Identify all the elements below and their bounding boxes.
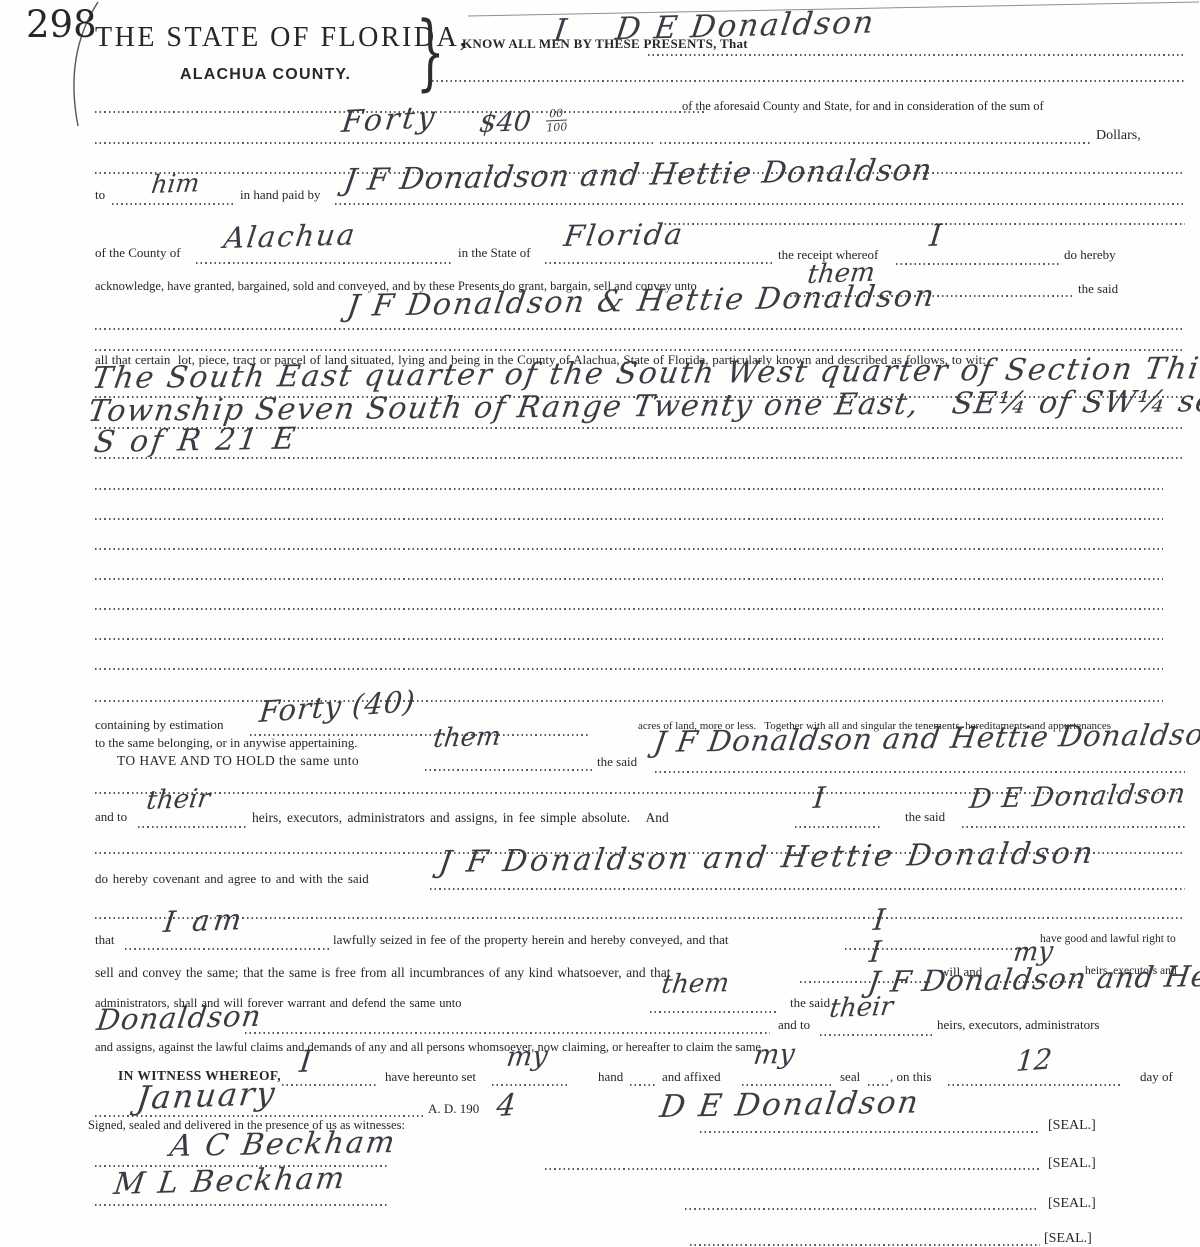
dotted-line — [196, 262, 452, 264]
dotted-line — [95, 700, 1163, 702]
and-to-label: and to — [778, 1018, 810, 1033]
grantor-said-handwriting: D E Donaldson — [968, 780, 1188, 813]
dotted-line — [492, 1084, 570, 1086]
seized-text: lawfully seized in fee of the property h… — [333, 933, 728, 948]
belonging-text: to the same belonging, or in anywise app… — [95, 736, 357, 751]
that-label: that — [95, 933, 115, 948]
heirs-fee-simple-text: heirs, executors, administrators and ass… — [252, 810, 669, 825]
dotted-line — [125, 948, 330, 950]
day-number-handwriting: 12 — [1015, 1045, 1053, 1076]
in-hand-paid-label: in hand paid by — [240, 188, 321, 203]
dotted-line — [95, 457, 1185, 459]
seal-label: [SEAL.] — [1048, 1196, 1096, 1212]
heirs-administrators-label: heirs, executors, administrators — [937, 1018, 1099, 1033]
dotted-line — [95, 349, 1185, 351]
dotted-line — [820, 1034, 932, 1036]
hold-grantees-handwriting: J F Donaldson and Hettie Donaldson — [652, 720, 1200, 757]
defend-grantees-handwriting: J F Donaldson and Hettie — [866, 961, 1200, 997]
dotted-line — [896, 263, 1061, 265]
dotted-line — [95, 668, 1163, 670]
grantor-name-handwriting: I D E Donaldson — [552, 7, 877, 47]
acreage-handwriting: Forty (40) — [258, 687, 417, 727]
covenant-grantees-handwriting: J F Donaldson and Hettie Donaldson — [437, 839, 1097, 878]
state-title: THE STATE OF FLORIDA, — [95, 22, 469, 53]
dotted-line — [660, 223, 1185, 225]
dotted-line — [425, 769, 593, 771]
dotted-line — [948, 1084, 1123, 1086]
aforesaid-text: of the aforesaid County and State, for a… — [682, 99, 1044, 113]
dotted-line — [112, 203, 234, 205]
amount-figure-handwriting: $40 — [478, 108, 532, 137]
dotted-line — [95, 917, 1185, 919]
year-handwriting: 4 — [495, 1091, 517, 1122]
seal-label: [SEAL.] — [1048, 1156, 1096, 1172]
dollars-label: Dollars, — [1096, 128, 1141, 144]
fraction-numerator: 00 — [545, 107, 567, 121]
their-heirs-handwriting: their — [828, 994, 894, 1022]
the-said-label: the said — [905, 810, 945, 825]
amount-words-handwriting: Forty — [340, 103, 439, 138]
dotted-line — [95, 548, 1163, 550]
dotted-line — [648, 54, 1186, 56]
their-handwriting: their — [145, 786, 211, 814]
dotted-line — [545, 262, 773, 264]
sell-convey-text: sell and convey the same; that the same … — [95, 965, 671, 980]
dotted-line — [655, 771, 1185, 773]
dotted-line — [245, 1032, 770, 1034]
to-label: to — [95, 188, 105, 203]
dotted-line — [650, 1011, 778, 1013]
dotted-line — [685, 1208, 1037, 1210]
dotted-line — [95, 638, 1163, 640]
dotted-line — [95, 488, 1163, 490]
grantees-continuation-handwriting: Donaldson — [95, 1002, 263, 1035]
containing-label: containing by estimation — [95, 718, 224, 733]
dotted-line — [95, 1204, 387, 1206]
day-of-label: day of — [1140, 1070, 1173, 1085]
description-line3-handwriting: S of R 21 E — [92, 424, 300, 458]
in-state-label: in the State of — [458, 246, 531, 261]
that-i-handwriting: I — [872, 905, 887, 935]
do-hereby-label: do hereby — [1064, 248, 1116, 263]
lawful-right-text: have good and lawful right to — [1040, 933, 1176, 946]
seal-word-label: seal — [840, 1070, 860, 1085]
anno-domini-label: A. D. 190 — [428, 1102, 479, 1117]
dotted-line — [545, 1168, 1040, 1170]
him-handwriting: him — [150, 170, 201, 197]
dotted-line — [432, 80, 1184, 82]
dotted-line — [95, 142, 655, 144]
dotted-line — [95, 328, 1185, 330]
dotted-line — [700, 1131, 1040, 1133]
receipt-i-handwriting: I — [928, 221, 943, 252]
assigns-claims-text: and assigns, against the lawful claims a… — [95, 1040, 764, 1054]
the-said-label: the said — [790, 996, 830, 1011]
amount-fraction-handwriting: 00 100 — [545, 107, 567, 133]
month-handwriting: January — [135, 1077, 278, 1114]
will-i-handwriting: I — [868, 937, 883, 967]
and-i-handwriting: I — [812, 783, 827, 813]
witness1-signature-handwriting: A C Beckham — [168, 1128, 398, 1162]
i-am-handwriting: I am — [162, 905, 247, 937]
dotted-line — [95, 608, 1163, 610]
the-said-label: the said — [597, 755, 637, 770]
grantees-center-handwriting: J F Donaldson & Hettie Donaldson — [345, 282, 938, 322]
seal-label: [SEAL.] — [1048, 1118, 1096, 1134]
on-this-label: , on this — [890, 1070, 932, 1085]
dotted-line — [95, 518, 1163, 520]
deed-document-page: 298 THE STATE OF FLORIDA, } ALACHUA COUN… — [0, 0, 1200, 1247]
dotted-line — [95, 578, 1163, 580]
defend-them-handwriting: them — [660, 970, 731, 998]
dotted-line — [962, 826, 1185, 828]
dotted-line — [430, 888, 1185, 890]
dotted-line — [660, 142, 1092, 144]
my-seal-handwriting: my — [752, 1040, 796, 1069]
dotted-line — [630, 1084, 656, 1086]
payers-handwriting: J F Donaldson and Hettie Donaldson — [342, 156, 934, 196]
dotted-line — [690, 1244, 1040, 1246]
dotted-line — [282, 1084, 377, 1086]
fraction-denominator: 100 — [546, 120, 568, 133]
description-line2-handwriting: Township Seven South of Range Twenty one… — [86, 386, 1200, 427]
witness2-signature-handwriting: M L Beckham — [112, 1164, 348, 1200]
page-number: 298 — [26, 4, 97, 45]
dotted-line — [138, 826, 246, 828]
hold-them-handwriting: them — [432, 724, 502, 752]
covenant-text: do hereby covenant and agree to and with… — [95, 872, 369, 887]
dotted-line — [335, 203, 1185, 205]
and-affixed-label: and affixed — [662, 1070, 721, 1085]
of-county-label: of the County of — [95, 246, 181, 261]
dotted-line — [795, 826, 880, 828]
my-hand-handwriting: my — [505, 1042, 549, 1071]
hand-label: hand — [598, 1070, 623, 1085]
the-said-label: the said — [1078, 282, 1118, 297]
grantor-signature-handwriting: D E Donaldson — [658, 1087, 922, 1123]
county-title: ALACHUA COUNTY. — [180, 66, 351, 84]
hereunto-set-label: have hereunto set — [385, 1070, 476, 1085]
county-handwriting: Alachua — [222, 220, 358, 253]
and-to-label: and to — [95, 810, 127, 825]
state-handwriting: Florida — [562, 220, 686, 251]
to-have-and-hold-label: TO HAVE AND TO HOLD the same unto — [117, 753, 359, 768]
witness-i-handwriting: I — [298, 1047, 313, 1078]
seal-label: [SEAL.] — [1044, 1231, 1092, 1247]
